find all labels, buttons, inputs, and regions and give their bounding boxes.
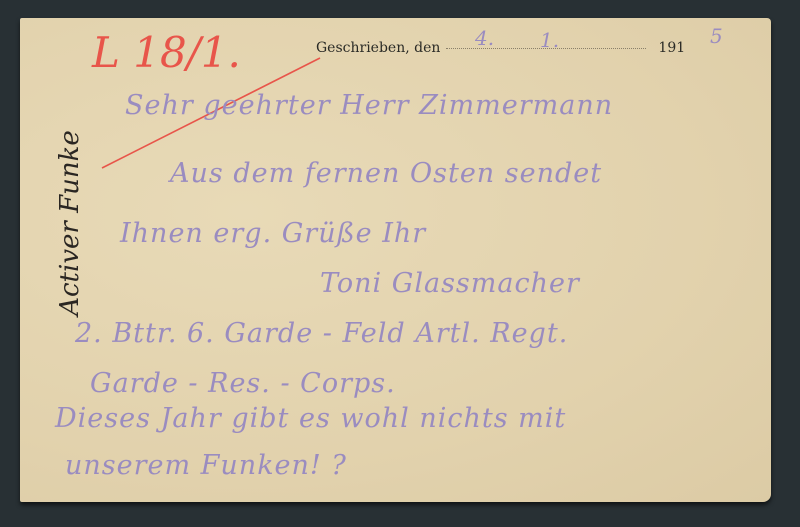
- letter-line-1: Sehr geehrter Herr Zimmermann: [125, 90, 613, 121]
- letter-line-3: Ihnen erg. Grüße Ihr: [120, 218, 426, 249]
- printed-year-prefix: 191: [658, 40, 685, 56]
- handwritten-year-suffix: 5: [710, 24, 723, 48]
- handwritten-day: 4.: [475, 26, 494, 50]
- letter-line-7: Dieses Jahr gibt es wohl nichts mit: [55, 403, 566, 434]
- letter-line-5: 2. Bttr. 6. Garde - Feld Artl. Regt.: [75, 318, 568, 349]
- letter-line-2: Aus dem fernen Osten sendet: [170, 158, 602, 189]
- postcard: Geschrieben, den 191 4. 1. 5 L 18/1. Act…: [20, 18, 771, 502]
- printed-label: Geschrieben, den: [316, 40, 440, 56]
- red-reference-mark: L 18/1.: [92, 28, 241, 77]
- letter-line-8: unserem Funken! ?: [65, 450, 347, 481]
- letter-line-4-signature: Toni Glassmacher: [320, 268, 580, 299]
- letter-line-6: Garde - Res. - Corps.: [90, 368, 396, 399]
- handwritten-month: 1.: [540, 28, 559, 52]
- printed-date-line: Geschrieben, den 191: [316, 40, 685, 56]
